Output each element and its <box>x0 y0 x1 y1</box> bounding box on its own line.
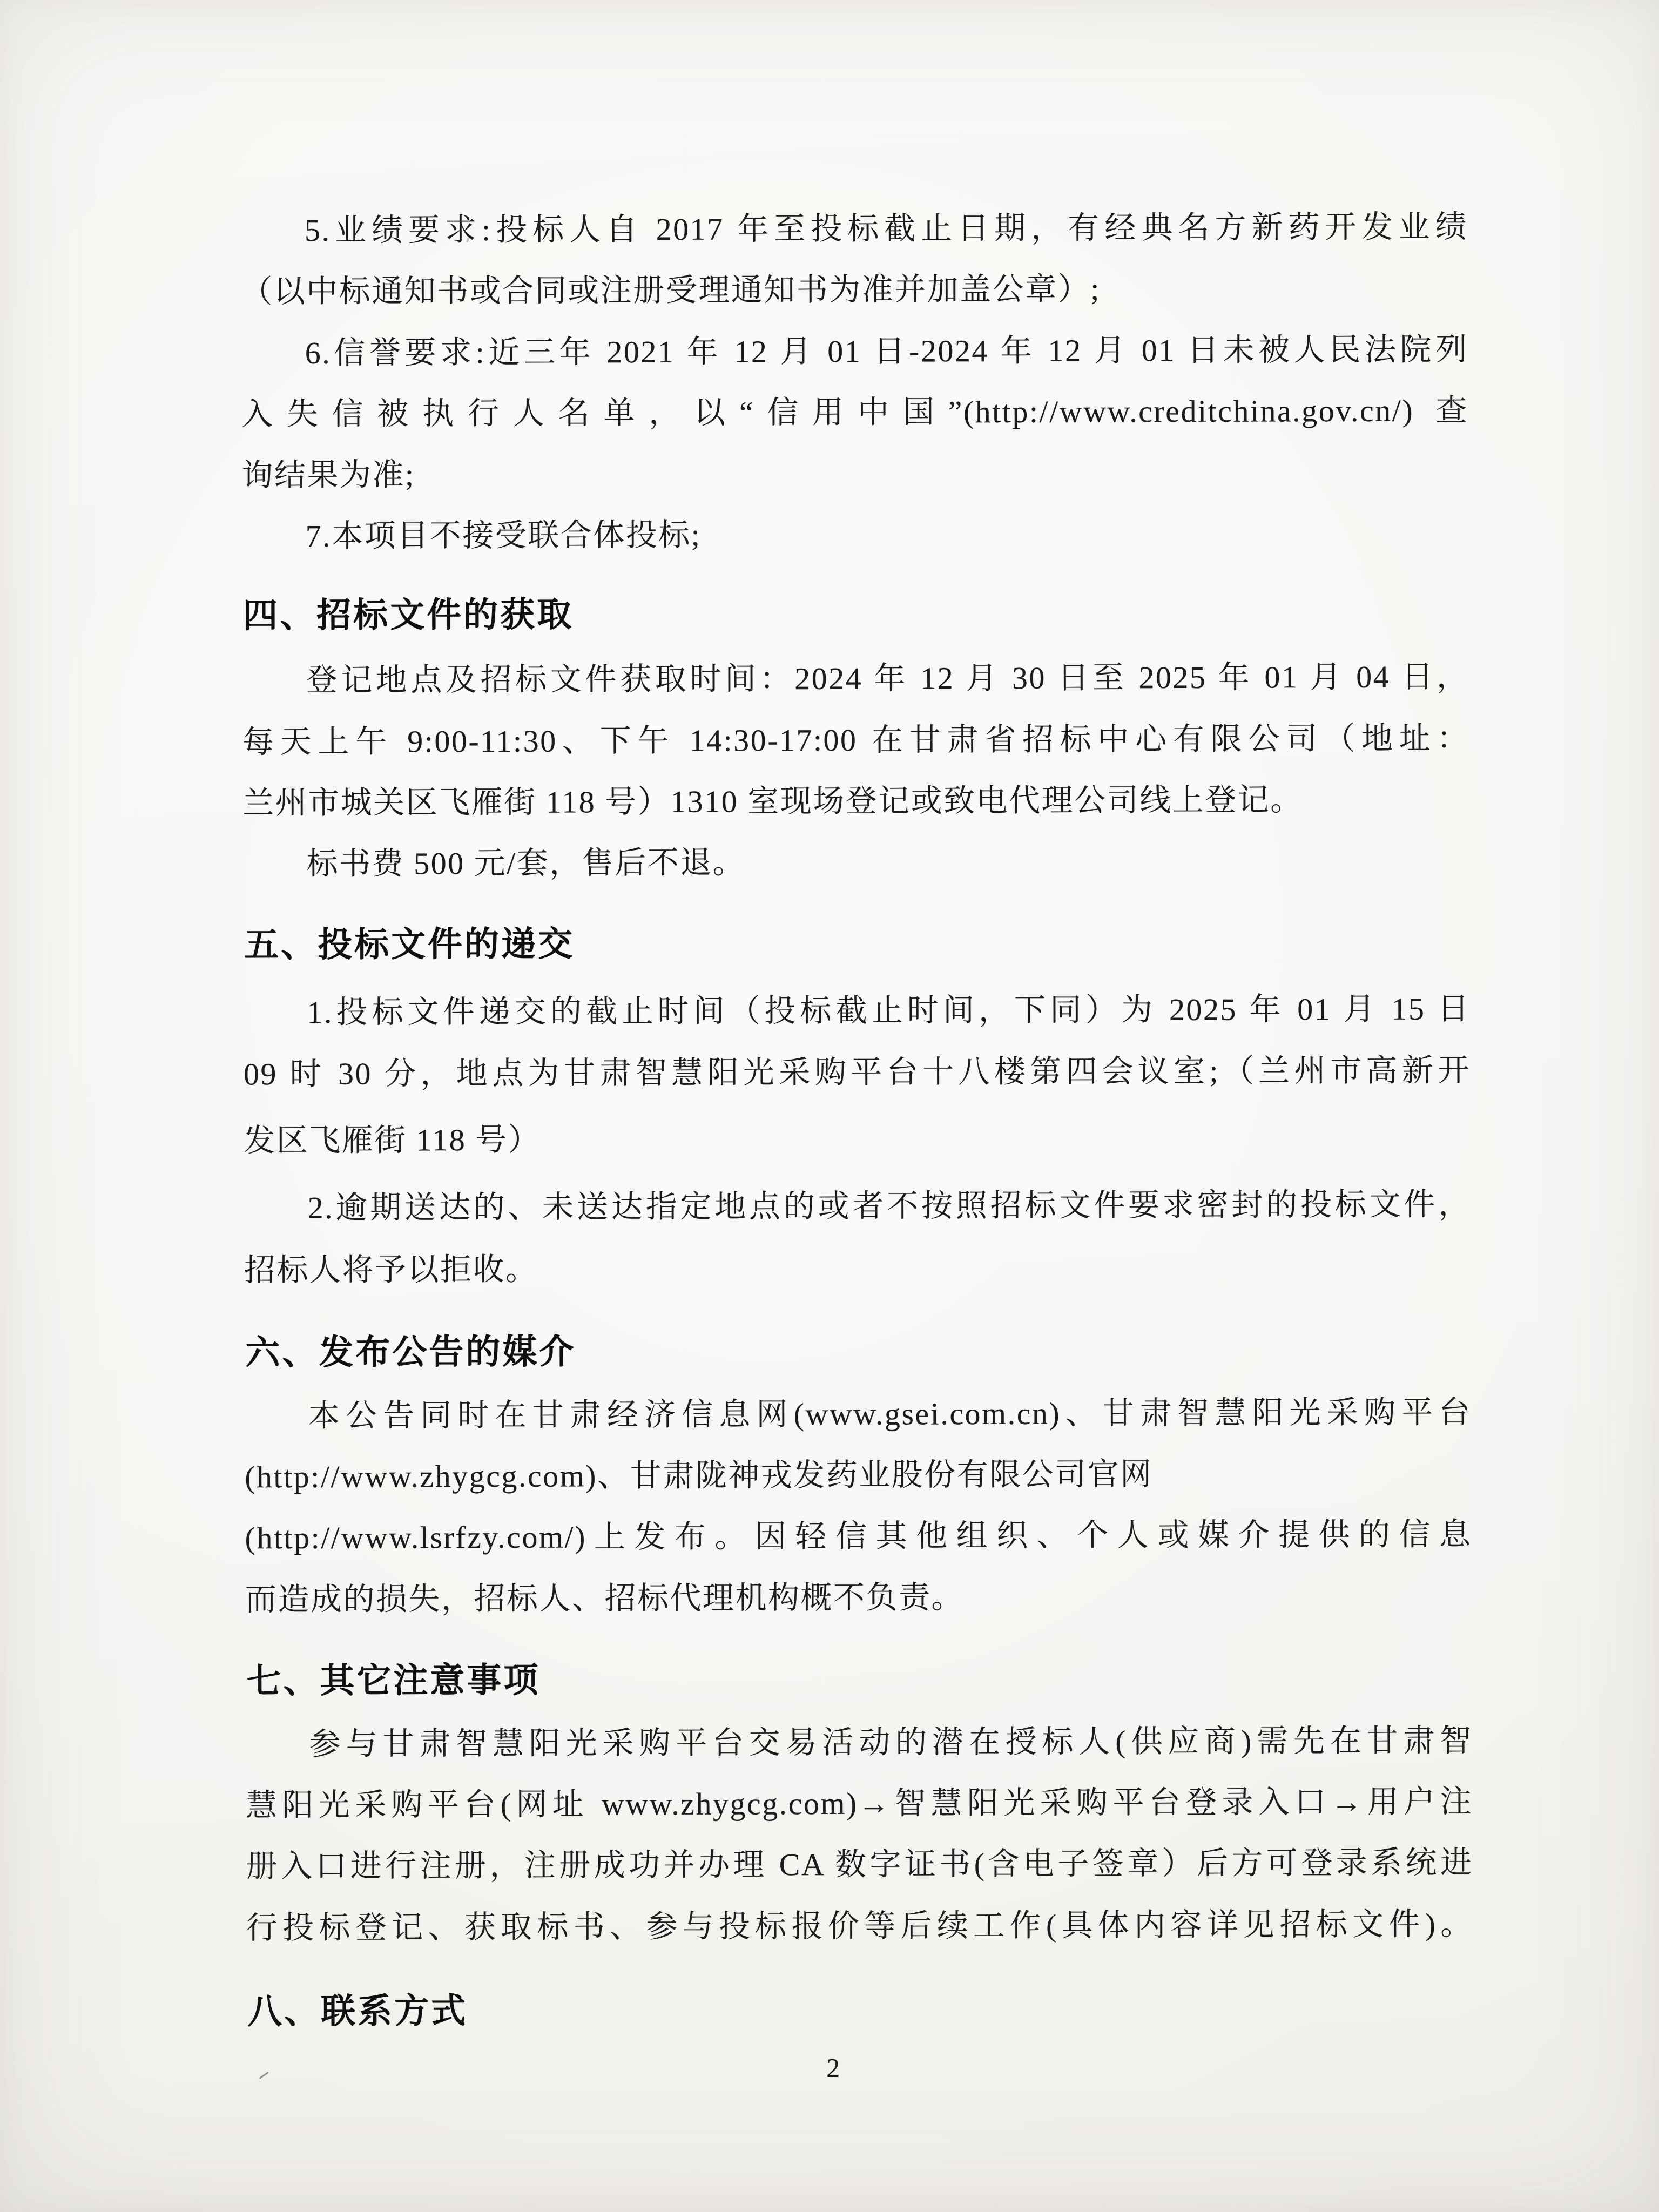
section-heading-obtaining-bid-documents: 四、招标文件的获取 <box>243 584 1470 637</box>
body-line: 标书费 500 元/套，售后不退。 <box>243 842 1470 883</box>
body-line: 2.逾期送达的、未送达指定地点的或者不按照招标文件要求密封的投标文件， <box>244 1186 1471 1227</box>
body-line: 询结果为准; <box>241 453 1468 494</box>
section-heading-announcement-media: 六、发布公告的媒介 <box>245 1321 1472 1374</box>
body-line: 每天上午 9:00-11:30、下午 14:30-17:00 在甘肃省招标中心有… <box>242 720 1469 761</box>
body-line: （以中标通知书或合同或注册受理通知书为准并加盖公章）; <box>241 269 1468 311</box>
body-line: 行投标登记、获取标书、参与投标报价等后续工作(具体内容详见招标文件)。 <box>246 1906 1473 1947</box>
body-line: 册入口进行注册，注册成功并办理 CA 数字证书(含电子签章）后方可登录系统进 <box>246 1844 1473 1885</box>
body-line: 1.投标文件递交的截止时间（投标截止时间，下同）为 2025 年 01 月 15… <box>243 990 1470 1031</box>
body-line: 发区飞雁街 118 号） <box>244 1118 1471 1159</box>
body-line: (http://www.lsrfzy.com/)上发布。因轻信其他组织、个人或媒… <box>245 1516 1472 1557</box>
document-body: 5.业绩要求:投标人自 2017 年至投标截止日期，有经典名方新药开发业绩 （以… <box>0 0 1659 2212</box>
body-line: 登记地点及招标文件获取时间：2024 年 12 月 30 日至 2025 年 0… <box>242 658 1469 699</box>
body-line: 6.信誉要求:近三年 2021 年 12 月 01 日-2024 年 12 月 … <box>241 331 1468 372</box>
body-line: (http://www.zhygcg.com)、甘肃陇神戎发药业股份有限公司官网 <box>245 1455 1472 1496</box>
page-number: 2 <box>4 2049 1659 2086</box>
body-line: 本公告同时在甘肃经济信息网(www.gsei.com.cn)、甘肃智慧阳光采购平… <box>245 1394 1472 1435</box>
section-heading-other-notes: 七、其它注意事项 <box>246 1649 1473 1703</box>
body-line: 招标人将予以拒收。 <box>244 1248 1471 1289</box>
body-line: 兰州市城关区飞雁街 118 号）1310 室现场登记或致电代理公司线上登记。 <box>242 781 1469 822</box>
body-line: 慧阳光采购平台(网址 www.zhygcg.com)→智慧阳光采购平台登录入口→… <box>246 1783 1473 1824</box>
body-line: 参与甘肃智慧阳光采购平台交易活动的潜在授标人(供应商)需先在甘肃智 <box>246 1722 1473 1763</box>
body-line: 而造成的损失，招标人、招标代理机构概不负责。 <box>245 1577 1472 1618</box>
body-line: 09 时 30 分，地点为甘肃智慧阳光采购平台十八楼第四会议室;（兰州市高新开 <box>244 1052 1471 1093</box>
body-line: 入失信被执行人名单，以“信用中国”(http://www.creditchina… <box>241 392 1468 433</box>
body-line: 5.业绩要求:投标人自 2017 年至投标截止日期，有经典名方新药开发业绩 <box>241 208 1468 249</box>
section-heading-submission-of-bids: 五、投标文件的递交 <box>244 913 1471 967</box>
body-line: 7.本项目不接受联合体投标; <box>242 514 1469 555</box>
section-heading-contact-information: 八、联系方式 <box>247 1980 1474 2033</box>
scanned-document-page: 5.业绩要求:投标人自 2017 年至投标截止日期，有经典名方新药开发业绩 （以… <box>0 0 1659 2212</box>
